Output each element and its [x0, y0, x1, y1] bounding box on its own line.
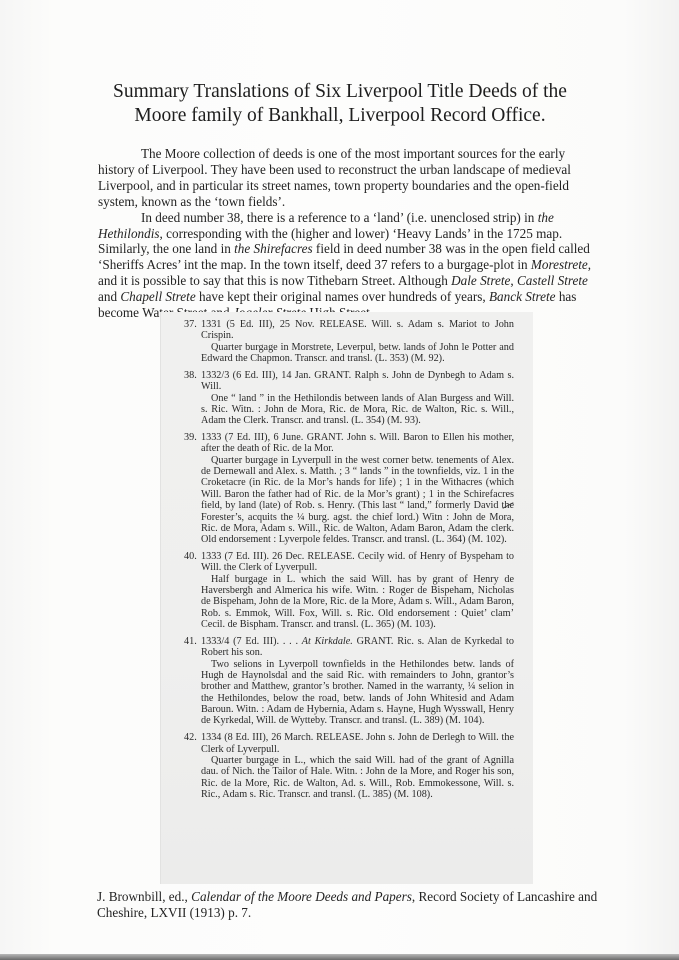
deed-heading-text: 1334 (8 Ed. III), 26 March. RELEASE. Joh…	[201, 732, 514, 754]
introduction: The Moore collection of deeds is one of …	[98, 146, 603, 321]
intro-paragraph-1: The Moore collection of deeds is one of …	[98, 146, 603, 210]
deed-number: 39.	[184, 432, 201, 443]
deed-heading-text: 1332/3 (6 Ed. III), 14 Jan. GRANT. Ralph…	[201, 370, 514, 392]
intro-text: In deed number 38, there is a reference …	[141, 210, 538, 225]
place-name-banck-strete: Banck Strete	[489, 289, 556, 304]
place-name-morestrete: Morestrete	[531, 257, 588, 272]
deed-heading-text: 1331 (5 Ed. III), 25 Nov. RELEASE. Will.…	[201, 319, 514, 341]
deed-summary: Two selions in Lyverpoll townfields in t…	[184, 659, 514, 727]
deed-summary: Quarter burgage in Lyverpull in the west…	[184, 455, 514, 546]
intro-paragraph-2: In deed number 38, there is a reference …	[98, 210, 603, 321]
deed-number: 42.	[184, 732, 201, 743]
place-name-dale-strete: Dale Strete	[451, 273, 510, 288]
deed-heading-text: 1333/4 (7 Ed. III). . . .	[201, 636, 302, 647]
deed-40: 40.1333 (7 Ed. III). 26 Dec. RELEASE. Ce…	[184, 551, 514, 630]
deed-location: At Kirkdale.	[302, 636, 353, 647]
deed-list: 37.1331 (5 Ed. III), 25 Nov. RELEASE. Wi…	[184, 319, 514, 806]
document-title: Summary Translations of Six Liverpool Ti…	[60, 80, 620, 128]
deed-number: 41.	[184, 636, 201, 647]
deed-heading: 37.1331 (5 Ed. III), 25 Nov. RELEASE. Wi…	[184, 319, 514, 342]
deed-39: 39.1333 (7 Ed. III), 6 June. GRANT. John…	[184, 432, 514, 545]
deed-number: 38.	[184, 370, 201, 381]
deed-heading: 38.1332/3 (6 Ed. III), 14 Jan. GRANT. Ra…	[184, 370, 514, 393]
deed-summary: One “ land ” in the Hethilondis between …	[184, 393, 514, 427]
deed-41: 41.1333/4 (7 Ed. III). . . . At Kirkdale…	[184, 636, 514, 727]
scan-bottom-edge	[0, 954, 679, 960]
deed-heading: 39.1333 (7 Ed. III), 6 June. GRANT. John…	[184, 432, 514, 455]
place-name-chapell-strete: Chapell Strete	[120, 289, 195, 304]
place-name-shirefacres: the Shirefacres	[234, 241, 313, 256]
citation-book-title: Calendar of the Moore Deeds and Papers	[191, 889, 412, 904]
citation-text: J. Brownbill, ed.,	[97, 889, 191, 904]
deed-summary: Quarter burgage in L., which the said Wi…	[184, 755, 514, 800]
title-line-2: Moore family of Bankhall, Liverpool Reco…	[134, 105, 545, 126]
deed-38: 38.1332/3 (6 Ed. III), 14 Jan. GRANT. Ra…	[184, 370, 514, 427]
deed-heading-text: 1333 (7 Ed. III). 26 Dec. RELEASE. Cecil…	[201, 551, 514, 573]
deed-summary: Quarter burgage in Morstrete, Leverpul, …	[184, 342, 514, 365]
deed-number: 37.	[184, 319, 201, 330]
intro-text: have kept their original names over hund…	[196, 289, 489, 304]
intro-text: and	[98, 289, 120, 304]
deed-number: 40.	[184, 551, 201, 562]
title-line-1: Summary Translations of Six Liverpool Ti…	[113, 81, 567, 102]
deed-heading: 40.1333 (7 Ed. III). 26 Dec. RELEASE. Ce…	[184, 551, 514, 574]
deed-heading: 41.1333/4 (7 Ed. III). . . . At Kirkdale…	[184, 636, 514, 659]
deed-42: 42.1334 (8 Ed. III), 26 March. RELEASE. …	[184, 732, 514, 800]
deed-heading-text: 1333 (7 Ed. III), 6 June. GRANT. John s.…	[201, 432, 514, 454]
intro-text: ,	[510, 273, 517, 288]
deed-37: 37.1331 (5 Ed. III), 25 Nov. RELEASE. Wi…	[184, 319, 514, 364]
source-citation: J. Brownbill, ed., Calendar of the Moore…	[97, 889, 617, 921]
deed-summary: Half burgage in L. which the said Will. …	[184, 574, 514, 631]
place-name-castell-strete: Castell Strete	[517, 273, 588, 288]
deed-heading: 42.1334 (8 Ed. III), 26 March. RELEASE. …	[184, 732, 514, 755]
